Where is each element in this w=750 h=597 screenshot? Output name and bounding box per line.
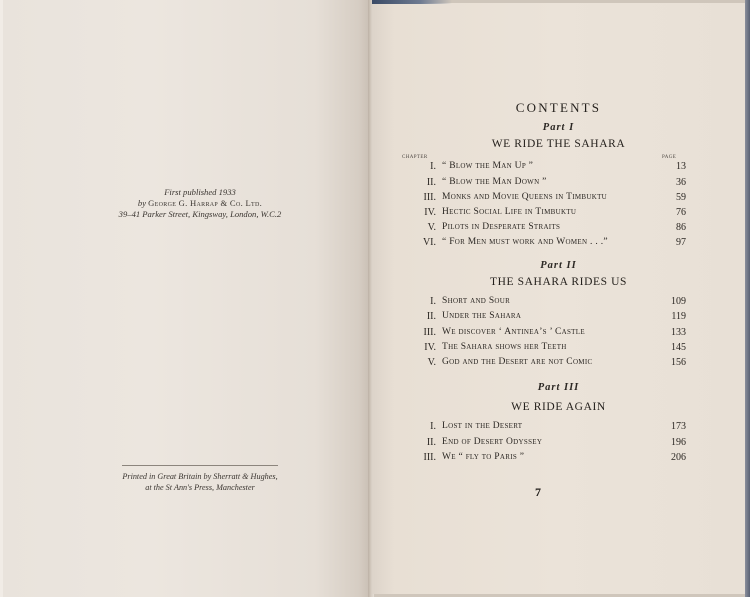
part-3-label: Part III bbox=[372, 382, 745, 393]
divider bbox=[122, 465, 278, 466]
publisher-name: George G. Harrap & Co. Ltd. bbox=[148, 198, 262, 208]
toc-row: II. “ Blow the Man Down ” 36 bbox=[400, 175, 690, 190]
part-2-title: THE SAHARA RIDES US bbox=[372, 276, 745, 288]
publication-imprint: First published 1933 by George G. Harrap… bbox=[102, 187, 298, 220]
part-1-title: WE RIDE THE SAHARA bbox=[372, 138, 745, 150]
page-edge bbox=[745, 0, 750, 597]
toc-row: I. Lost in the Desert 173 bbox=[400, 419, 690, 434]
left-page bbox=[0, 0, 370, 597]
toc-row: I. “ Blow the Man Up ” 13 bbox=[400, 159, 690, 174]
page-number: 7 bbox=[528, 485, 548, 500]
publisher-line: by George G. Harrap & Co. Ltd. bbox=[102, 198, 298, 209]
printer-line-2: at the St Ann's Press, Manchester bbox=[102, 482, 298, 493]
toc-row: IV. Hectic Social Life in Timbuktu 76 bbox=[400, 205, 690, 220]
toc-row: V. God and the Desert are not Comic 156 bbox=[400, 355, 690, 370]
toc-row: VI. “ For Men must work and Women . . .”… bbox=[400, 235, 690, 250]
part-2-label: Part II bbox=[372, 260, 745, 271]
printer-line-1: Printed in Great Britain by Sherratt & H… bbox=[102, 471, 298, 482]
toc-row: II. Under the Sahara 119 bbox=[400, 309, 690, 324]
cover-edge bbox=[372, 0, 452, 4]
part-3-title: WE RIDE AGAIN bbox=[372, 401, 745, 413]
part-1-label: Part I bbox=[372, 122, 745, 133]
toc-row: III. Monks and Movie Queens in Timbuktu … bbox=[400, 190, 690, 205]
toc-row: II. End of Desert Odyssey 196 bbox=[400, 435, 690, 450]
open-book-spread: First published 1933 by George G. Harrap… bbox=[0, 0, 750, 597]
toc-row: III. We discover ‘ Antinea’s ’ Castle 13… bbox=[400, 325, 690, 340]
toc-row: I. Short and Sour 109 bbox=[400, 294, 690, 309]
contents-heading: CONTENTS bbox=[372, 100, 745, 116]
toc-row: IV. The Sahara shows her Teeth 145 bbox=[400, 340, 690, 355]
publisher-address: 39–41 Parker Street, Kingsway, London, W… bbox=[102, 209, 298, 220]
toc-row: III. We “ fly to Paris ” 206 bbox=[400, 450, 690, 465]
printer-credit: Printed in Great Britain by Sherratt & H… bbox=[102, 471, 298, 493]
toc-row: V. Pilots in Desperate Straits 86 bbox=[400, 220, 690, 235]
first-published-line: First published 1933 bbox=[102, 187, 298, 198]
